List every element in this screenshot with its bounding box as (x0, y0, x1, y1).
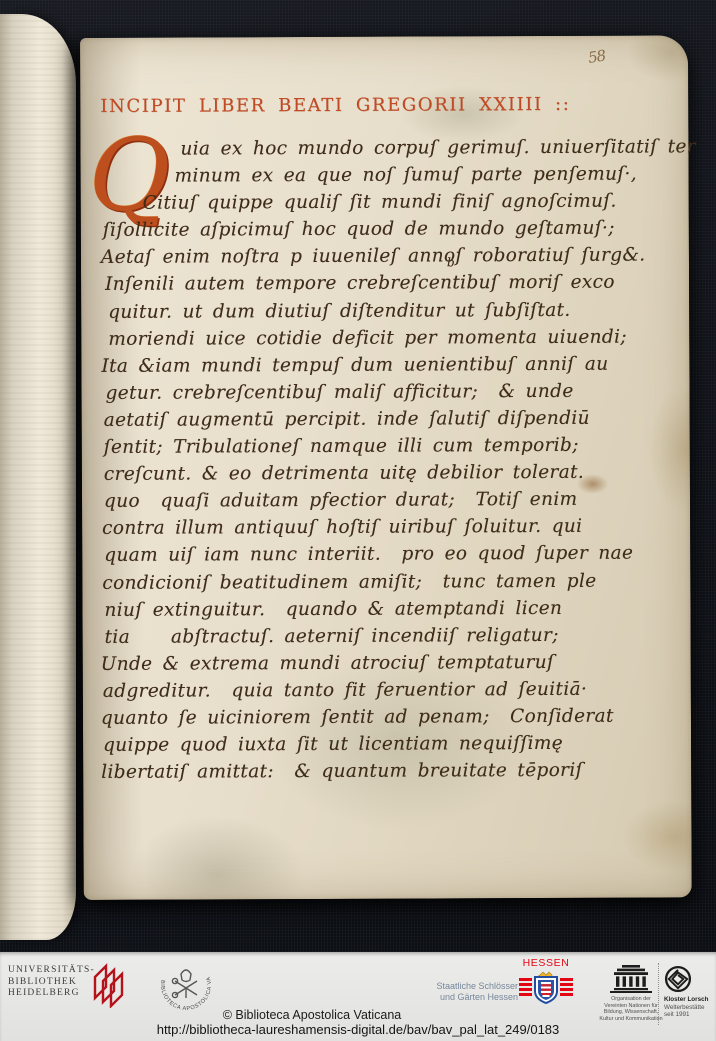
svg-text:BIBLIOTECA APOSTOLICA VATICANA: BIBLIOTECA APOSTOLICA VATICANA (156, 958, 213, 1012)
screenshot-root: 58 INCIPIT LIBER BEATI GREGORII XXIIII :… (0, 0, 716, 1041)
manuscript-line: Aetaſ enim noſtra p iuuenileſ annoſ robo… (95, 242, 681, 272)
ub-wordmark-line: UNIVERSITÄTS- (8, 965, 95, 977)
source-url: http://bibliotheca-laureshamensis-digita… (0, 1022, 716, 1037)
ub-heidelberg-wordmark: UNIVERSITÄTS- BIBLIOTHEK HEIDELBERG (8, 965, 95, 1000)
manuscript-line: Citiuſ quippe qualiſ ſit mundi finiſ agn… (95, 188, 681, 218)
manuscript-line: quam uiſ iam nunc interiit. pro eo quod … (96, 540, 682, 570)
unesco-temple-icon (610, 965, 652, 993)
manuscript-line: getur. crebreſcentibuſ maliſ afficitur; … (95, 377, 681, 407)
hessen-coat-of-arms-icon (519, 970, 573, 1004)
manuscript-line: Inſenili autem tempore crebreſcentibuſ m… (95, 269, 681, 299)
manuscript-line: ſentit; Tribulationeſ namque illi cum te… (96, 431, 682, 461)
footer-bar: UNIVERSITÄTS- BIBLIOTHEK HEIDELBERG (0, 952, 716, 1041)
manuscript-line: libertatiſ amittat: & quantum breuitate … (97, 757, 683, 787)
manuscript-line: aetatiſ augmentū percipit. inde ſalutiſ … (96, 404, 682, 434)
hessen-caption-line: und Gärten Hessen (420, 992, 518, 1003)
manuscript-line: adgreditur. quia tanto fit feruentior ad… (97, 675, 683, 705)
lorsch-caption-line: Welterbestätte (664, 1004, 712, 1012)
manuscript-line: quitur. ut dum diutiuſ diſtenditur ut ſu… (95, 296, 681, 326)
lorsch-caption: Kloster Lorsch Welterbestätte seit 1991 (664, 996, 712, 1019)
dotted-divider (658, 963, 659, 1025)
manuscript-line: ſiſollicite aſpicimuſ hoc quod de mundo … (95, 215, 681, 245)
folio-number: 58 (587, 46, 607, 67)
lorsch-caption-line: Kloster Lorsch (664, 996, 712, 1004)
hessen-stripes-left (519, 978, 532, 996)
lorsch-caption-line: seit 1991 (664, 1011, 712, 1019)
manuscript-line: quanto ſe uiciniorem ſentit ad penam; Co… (97, 702, 683, 732)
hessen-caption: Staatliche Schlösser und Gärten Hessen (420, 981, 518, 1002)
lorsch-emblem-icon (664, 965, 692, 993)
ub-heidelberg-emblem-icon (92, 960, 130, 1008)
manuscript-line: quippe quod iuxta ſit ut licentiam nequi… (97, 729, 683, 759)
manuscript-line: moriendi uice cotidie deficit per moment… (95, 323, 681, 353)
hessen-stripes-right (560, 978, 573, 996)
manuscript-line: Ita &iam mundi tempuſ dum uenientibuſ an… (95, 350, 681, 380)
manuscript-line: creſcunt. & eo detrimenta uitę debilior … (96, 459, 682, 489)
unesco-caption-line: Organisation der (588, 996, 674, 1003)
hessen-logo: HESSEN (519, 957, 573, 1004)
manuscript-page: 58 INCIPIT LIBER BEATI GREGORII XXIIII :… (80, 35, 692, 900)
manuscript-line: condicioniſ beatitudinem amiſit; tunc ta… (96, 567, 682, 597)
manuscript-line: quo quaſi aduitam pfectior durat; Totiſ … (96, 486, 682, 516)
ub-wordmark-line: HEIDELBERG (8, 988, 95, 1000)
manuscript-line: minum ex ea que noſ ſumuſ parte penſemuſ… (95, 160, 681, 190)
hessen-wordmark: HESSEN (519, 957, 573, 969)
manuscript-line: contra illum antiquuſ hoſtiſ uiribuſ ſol… (96, 513, 682, 543)
manuscript-text: b uia ex hoc mundo corpuſ gerimuſ. uniue… (94, 133, 683, 786)
hessen-caption-line: Staatliche Schlösser (420, 981, 518, 992)
photo-area: 58 INCIPIT LIBER BEATI GREGORII XXIIII :… (0, 0, 716, 952)
manuscript-line: tia abſtractuſ. aeterniſ incendiiſ relig… (97, 621, 683, 651)
manuscript-line: niuſ extinguitur. quando & atemptandi li… (96, 594, 682, 624)
kloster-lorsch-logo: Kloster Lorsch Welterbestätte seit 1991 (664, 965, 712, 1019)
rubric-title: INCIPIT LIBER BEATI GREGORII XXIIII :: (100, 94, 570, 117)
manuscript-line: uia ex hoc mundo corpuſ gerimuſ. uniuerſ… (94, 133, 680, 163)
previous-page-edge (0, 14, 76, 940)
ub-wordmark-line: BIBLIOTHEK (8, 977, 95, 989)
copyright-line: © Biblioteca Apostolica Vaticana (0, 1008, 624, 1022)
superscript-correction: b (447, 255, 455, 269)
manuscript-line: Unde & extrema mundi atrociuſ temptaturu… (97, 648, 683, 678)
vatican-seal-text: BIBLIOTECA APOSTOLICA VATICANA (156, 958, 213, 1012)
